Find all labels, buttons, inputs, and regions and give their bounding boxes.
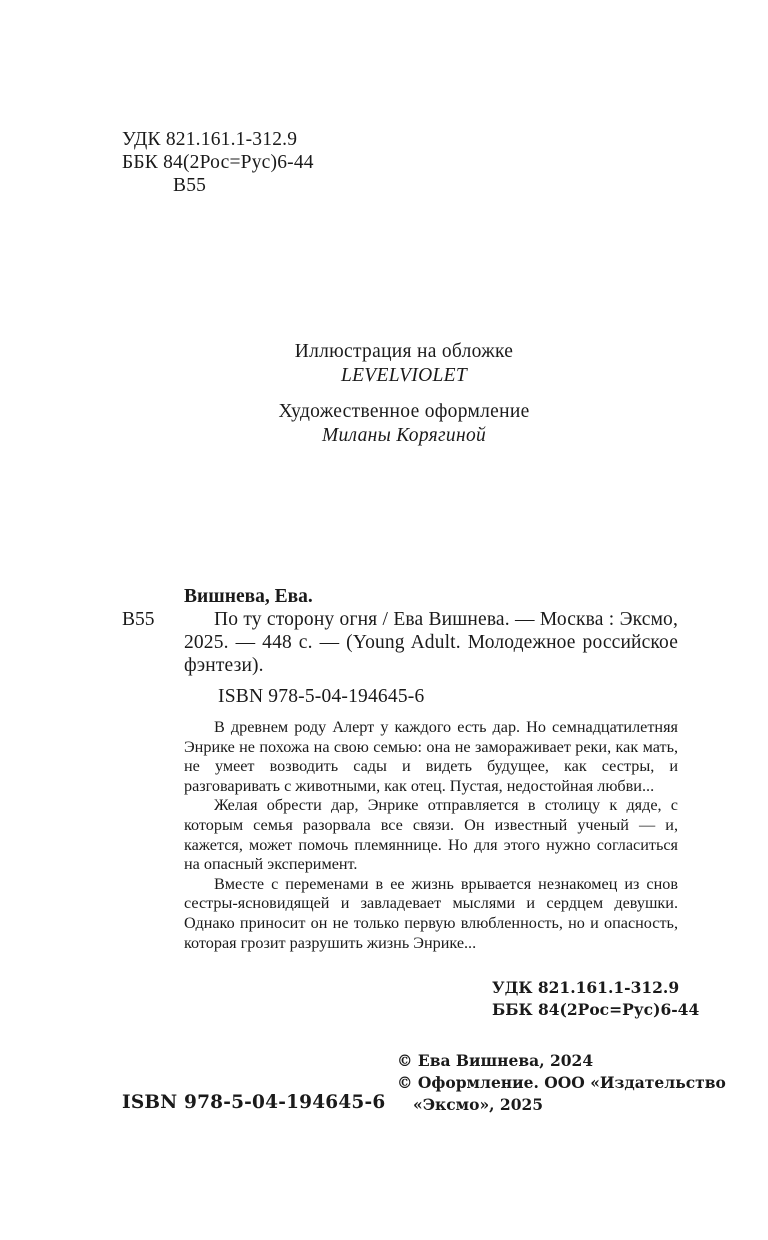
- annotation-paragraph: В древнем роду Алерт у каждого есть дар.…: [184, 718, 678, 796]
- illustration-label: Иллюстрация на обложке: [0, 340, 768, 364]
- annotation: В древнем роду Алерт у каждого есть дар.…: [184, 718, 678, 953]
- udk-code: УДК 821.161.1-312.9: [122, 128, 314, 151]
- catalog-description: По ту сторону огня / Ева Вишнева. — Моск…: [184, 608, 678, 677]
- designer-name: Миланы Корягиной: [0, 424, 768, 448]
- design-credit: Художественное оформление Миланы Корягин…: [0, 400, 768, 448]
- catalog-record: Вишнева, Ева. В55 По ту сторону огня / Е…: [122, 585, 678, 677]
- top-classification-block: УДК 821.161.1-312.9 ББК 84(2Рос=Рус)6-44…: [122, 128, 314, 197]
- design-label: Художественное оформление: [0, 400, 768, 424]
- copyright-design-cont: «Эксмо», 2025: [397, 1094, 687, 1116]
- illustration-credit: Иллюстрация на обложке LEVELVIOLET: [0, 340, 768, 388]
- author-mark: В55: [122, 174, 314, 197]
- copyright-author: © Ева Вишнева, 2024: [397, 1050, 687, 1072]
- catalog-code: В55: [122, 608, 184, 677]
- copyright-block: © Ева Вишнева, 2024 © Оформление. ООО «И…: [397, 1050, 687, 1116]
- copyright-design: © Оформление. ООО «Издательство: [397, 1072, 687, 1094]
- isbn-bottom: ISBN 978-5-04-194645-6: [122, 1092, 385, 1114]
- isbn-catalog: ISBN 978-5-04-194645-6: [218, 685, 424, 708]
- bottom-classification-block: УДК 821.161.1-312.9 ББК 84(2Рос=Рус)6-44: [492, 977, 699, 1021]
- udk-code-bottom: УДК 821.161.1-312.9: [492, 977, 699, 999]
- annotation-paragraph: Желая обрести дар, Энрике отправляется в…: [184, 796, 678, 874]
- illustrator-name: LEVELVIOLET: [0, 364, 768, 388]
- bbk-code: ББК 84(2Рос=Рус)6-44: [122, 151, 314, 174]
- bbk-code-bottom: ББК 84(2Рос=Рус)6-44: [492, 999, 699, 1021]
- catalog-author: Вишнева, Ева.: [184, 585, 678, 608]
- annotation-paragraph: Вместе с переменами в ее жизнь врывается…: [184, 875, 678, 953]
